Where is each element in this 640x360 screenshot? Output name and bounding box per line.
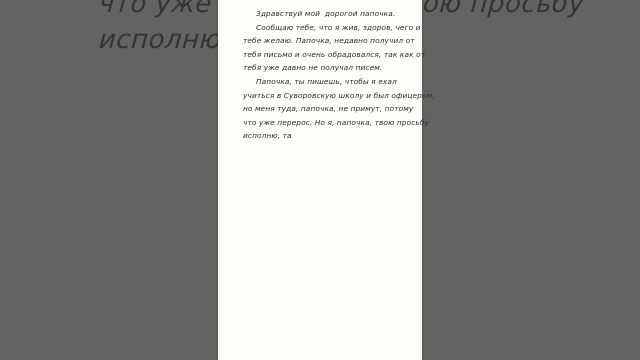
letter-line: Сообщаю тебе, что я жив, здоров, чего и — [243, 21, 414, 35]
letter-line: но меня туда, папочка, не примут, потому — [243, 102, 414, 116]
video-frame: что уже пер ою просьбу исполню, та Здрав… — [0, 0, 640, 360]
background-text-fragment: ою просьбу — [422, 0, 586, 19]
letter-line: Здравствуй мой дорогой папочка. — [243, 7, 414, 21]
letter-line: что уже перерос. Но я, папочка, твою про… — [243, 116, 414, 130]
letter-line: исполню, та — [243, 129, 414, 143]
letter-page: Здравствуй мой дорогой папочка. Сообщаю … — [218, 0, 422, 360]
letter-line: Папочка, ты пишешь, чтобы я ехал — [243, 75, 414, 89]
letter-line: тебя письмо и очень обрадовался, так как… — [243, 48, 414, 62]
letter-line: учиться в Суворовскую школу и был офицер… — [243, 89, 414, 103]
letter-line: тебя уже давно не получал писем. — [243, 61, 414, 75]
letter-text: Здравствуй мой дорогой папочка. Сообщаю … — [218, 0, 422, 143]
letter-line: тебе желаю. Папочка, недавно получил от — [243, 34, 414, 48]
